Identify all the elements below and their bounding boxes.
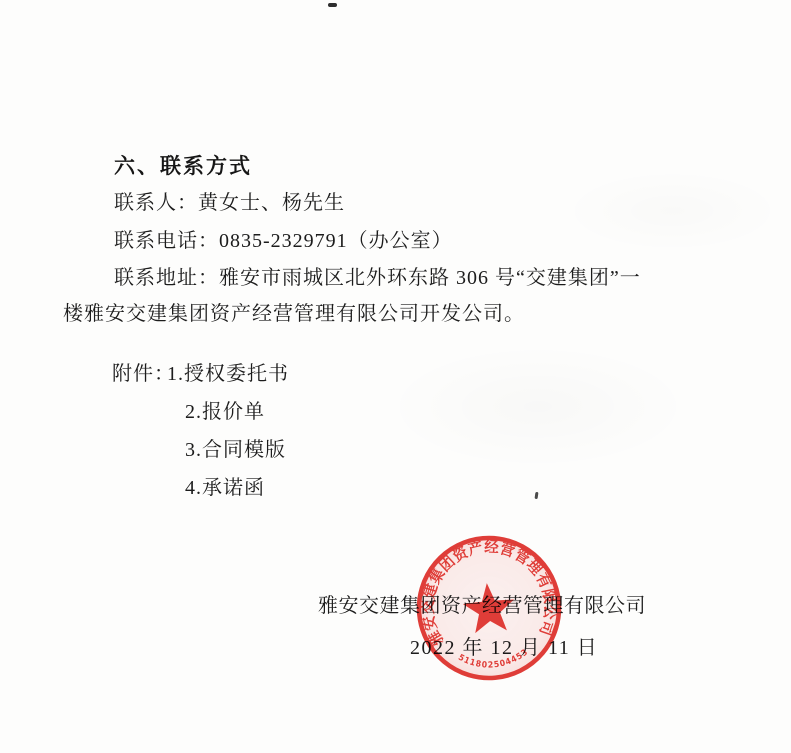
- contact-address-line1: 联系地址：雅安市雨城区北外环东路 306 号“交建集团”一: [114, 267, 641, 289]
- attachment-item-1: 1.授权委托书: [167, 363, 289, 385]
- attachments-label: 附件：: [112, 363, 175, 385]
- attachment-item-4: 4.承诺函: [185, 477, 265, 499]
- contact-phone-line: 联系电话：0835-2329791（办公室）: [114, 230, 453, 252]
- attachment-item-3: 3.合同模版: [185, 439, 286, 461]
- official-seal-graphic: 雅安交建集团资产经营管理有限公司 511802504453: [402, 519, 576, 696]
- attachment-item-2: 2.报价单: [185, 401, 265, 423]
- section-heading: 六、联系方式: [114, 150, 252, 180]
- official-seal: 雅安交建集团资产经营管理有限公司 511802504453: [402, 519, 576, 696]
- contact-person-line: 联系人：黄女士、杨先生: [114, 192, 345, 214]
- document-page: 六、联系方式 联系人：黄女士、杨先生 联系电话：0835-2329791（办公室…: [0, 0, 791, 753]
- scan-speck-middle: [535, 492, 539, 499]
- scan-speck-top: [328, 3, 337, 7]
- contact-address-line2: 楼雅安交建集团资产经营管理有限公司开发公司。: [63, 303, 525, 325]
